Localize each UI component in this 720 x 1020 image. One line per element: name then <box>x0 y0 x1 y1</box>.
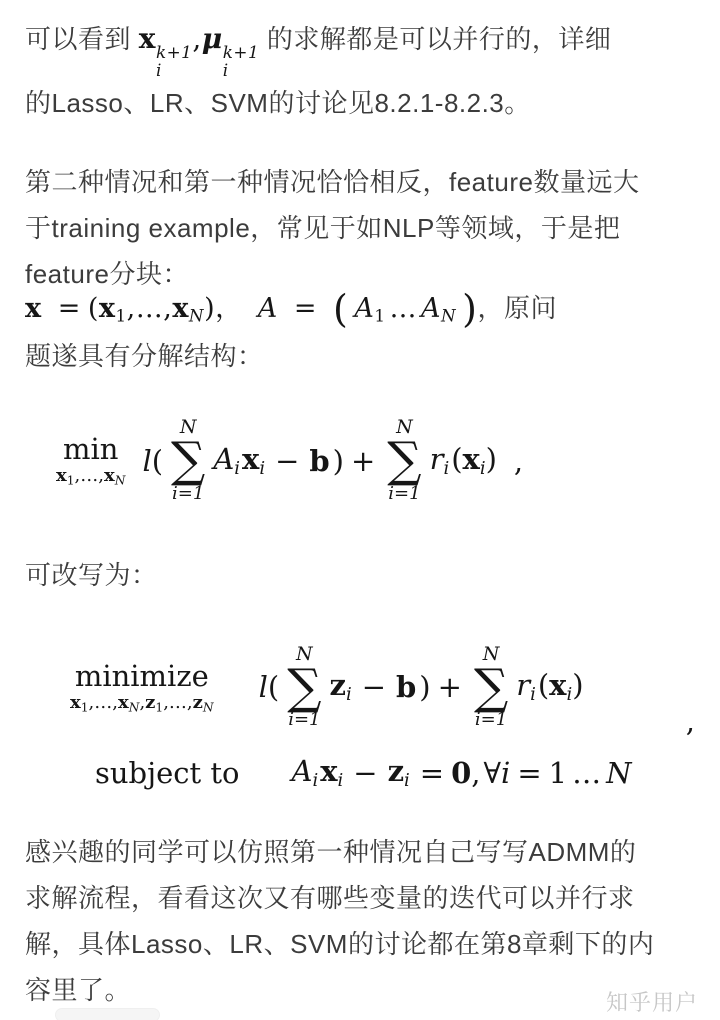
formula-consensus-objective: minimize x1,…,xN,z1,…,zN l( N ∑ i=1 zi −… <box>25 622 695 752</box>
inline-formula-x-partition: x =(x1,…,xN)， A = (A1…AN) <box>25 293 478 324</box>
inline-math-x-k1: xk+1i,μk+1i <box>139 22 259 55</box>
plus-sign: + <box>351 444 375 478</box>
trailing-comma: , <box>514 444 523 478</box>
paragraph-second-case: 第二种情况和第一种情况恰恰相反，feature数量远大 于training ex… <box>25 159 639 297</box>
trailing-comma: , <box>686 704 695 752</box>
paragraph-closing-line1: 感兴趣的同学可以仿照第一种情况自己写写ADMM的 <box>25 829 654 875</box>
sum-icon: N ∑ i=1 <box>387 418 421 502</box>
paragraph-second-case-line1: 第二种情况和第一种情况恰恰相反，feature数量远大 <box>25 159 639 205</box>
vector-zero: 0 <box>451 756 471 790</box>
term-zi: zi <box>329 668 351 705</box>
minimize-operator: minimize x1,…,xN,z1,…,zN <box>70 660 214 715</box>
article-page: { "colors": { "background": "#ffffff", "… <box>0 0 720 1020</box>
minus-sign: − <box>362 670 386 704</box>
inline-formula-tail-text: ，原问 <box>478 293 558 323</box>
sum-icon: N ∑ i=1 <box>474 645 508 729</box>
comma: , <box>471 756 480 790</box>
paragraph-block-definition: x =(x1,…,xN)， A = (A1…AN)，原问 题遂具有分解结构： <box>25 283 557 379</box>
range-end: N <box>606 756 631 790</box>
plus-sign: + <box>438 670 462 704</box>
next-element-stub <box>55 1008 160 1020</box>
term-ri-xi: ri(xi) <box>430 442 497 479</box>
paragraph-closing-line3: 解，具体Lasso、LR、SVM的讨论都在第8章剩下的内 <box>25 921 654 967</box>
minus-sign: − <box>353 756 377 790</box>
sum-icon: N ∑ i=1 <box>287 645 321 729</box>
ellipsis: … <box>572 756 601 790</box>
paragraph-intro: 可以看到 xk+1i,μk+1i 的求解都是可以并行的，详细 的Lasso、LR… <box>25 16 611 126</box>
paragraph-closing-line4: 容里了。 <box>25 967 654 1013</box>
index-i: i <box>501 756 510 790</box>
paragraph-closing: 感兴趣的同学可以仿照第一种情况自己写写ADMM的 求解流程，看看这次又有哪些变量… <box>25 829 654 1013</box>
formula-primal-problem: min x1,…,xN l( N ∑ i=1 Aixi − b ) + N ∑ … <box>25 398 695 523</box>
subject-to-label: subject to <box>95 756 240 790</box>
equals-sign: = <box>517 756 541 790</box>
term-ri-xi: ri(xi) <box>516 668 583 705</box>
rewrite-label: 可改写为： <box>25 552 158 598</box>
text-after-math: 的求解都是可以并行的，详细 <box>259 24 611 54</box>
paragraph-intro-line1: 可以看到 xk+1i,μk+1i 的求解都是可以并行的，详细 <box>25 16 611 80</box>
term-Ai-xi: Aixi <box>213 442 265 479</box>
vector-b: b <box>309 444 329 478</box>
vector-b: b <box>396 670 416 704</box>
paragraph-second-case-line2: 于training example，常见于如NLP等领域，于是把 <box>25 205 639 251</box>
inline-formula-line: x =(x1,…,xN)， A = (A1…AN)，原问 <box>25 283 557 333</box>
loss-close: ) <box>333 444 344 478</box>
min-operator: min x1,…,xN <box>56 433 125 488</box>
text-before-math: 可以看到 <box>25 24 139 54</box>
equals-sign: = <box>420 756 444 790</box>
minus-sign: − <box>275 444 299 478</box>
paragraph-intro-line2: 的Lasso、LR、SVM的讨论见8.2.1-8.2.3。 <box>25 80 611 126</box>
formula-consensus-constraint: subject to Aixi − zi = 0 , ∀ i = 1 … N <box>25 748 695 798</box>
term-Ai-xi: Aixi <box>292 754 344 791</box>
loss-open: l( <box>142 444 163 478</box>
sum-icon: N ∑ i=1 <box>171 418 205 502</box>
loss-close: ) <box>419 670 430 704</box>
loss-open: l( <box>259 670 280 704</box>
zhihu-user-watermark: 知乎用户 <box>606 986 698 1017</box>
range-start: 1 <box>549 756 567 790</box>
paragraph-block-definition-line2: 题遂具有分解结构： <box>25 333 557 379</box>
paragraph-closing-line2: 求解流程，看看这次又有哪些变量的迭代可以并行求 <box>25 875 654 921</box>
forall-symbol: ∀ <box>484 756 502 790</box>
term-zi: zi <box>388 754 410 791</box>
